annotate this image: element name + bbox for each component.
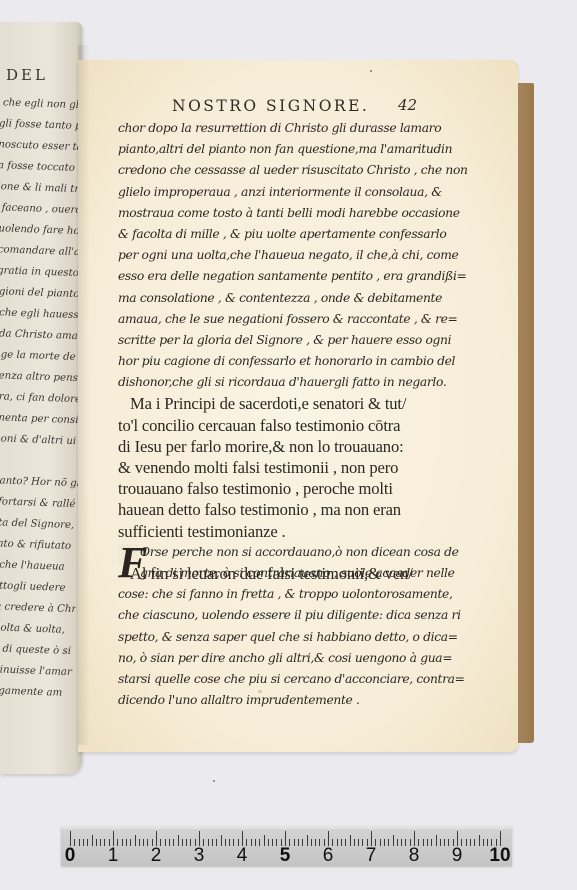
text-line: a comandare all'arme xyxy=(0,239,82,263)
ruler-tick xyxy=(362,839,363,846)
running-head: NOSTRO SIGNORE. xyxy=(172,97,369,115)
ruler-tick xyxy=(483,839,484,846)
ruler-tick xyxy=(307,835,308,846)
ruler-tick xyxy=(79,839,80,846)
ruler-tick xyxy=(87,839,88,846)
ruler-tick xyxy=(190,839,191,846)
ruler-tick xyxy=(143,839,144,846)
ruler-tick xyxy=(251,839,252,846)
text-line: confortarsi & rallé xyxy=(0,491,80,515)
commentary-paragraph-2: F Orse perche non si accordauano,ò non d… xyxy=(118,542,438,563)
ruler-tick xyxy=(401,839,402,846)
ruler-tick xyxy=(126,839,127,846)
text-line: mostraua come tosto à tanti belli modi h… xyxy=(118,203,438,224)
text-line: & fattogli uedere xyxy=(0,575,77,599)
gutter-shadow xyxy=(78,45,90,745)
text-line: ueua credere à Chri xyxy=(0,596,76,620)
ruler-label: 7 xyxy=(366,845,377,867)
scale-ruler: 012345678910 xyxy=(61,826,512,866)
text-line: a gratia in questo mo xyxy=(0,260,82,284)
ruler-tick xyxy=(500,831,501,846)
text-line: di Iesu per farlo morire,& non lo trouau… xyxy=(118,436,438,457)
text-line: hor piu cagione di confessarlo et honora… xyxy=(118,351,438,372)
ruler-tick xyxy=(487,839,488,846)
ruler-tick xyxy=(242,831,243,846)
drop-initial: F xyxy=(118,544,138,565)
ruler-tick xyxy=(104,839,105,846)
ruler-tick xyxy=(122,839,123,846)
ruler-tick xyxy=(354,839,355,846)
ruler-tick xyxy=(139,839,140,846)
ruler-tick xyxy=(457,831,458,846)
text-line: e senza altro pensie xyxy=(0,365,82,389)
ruler-tick xyxy=(147,839,148,846)
ruler-label: 1 xyxy=(108,845,119,867)
ruler-tick xyxy=(173,839,174,846)
ruler-tick xyxy=(380,839,381,846)
ruler-tick xyxy=(388,839,389,846)
ruler-tick xyxy=(423,839,424,846)
ruler-tick xyxy=(479,835,480,846)
ruler-tick xyxy=(440,839,441,846)
page-number: 42 xyxy=(398,96,417,114)
ruler-tick xyxy=(436,835,437,846)
ruler-tick xyxy=(470,839,471,846)
text-line: to'l concilio cercauan falso testimonio … xyxy=(118,415,438,436)
ruler-tick xyxy=(371,831,372,846)
text-line: o pianto? Hor nō gli xyxy=(0,470,81,494)
ruler-tick xyxy=(393,835,394,846)
text-line: ostra, ci fan dolore,& xyxy=(0,386,82,410)
text-line: no, ò sian per dire ancho gli altri,& co… xyxy=(118,648,438,669)
ruler-tick xyxy=(414,831,415,846)
ruler-label: 8 xyxy=(409,845,420,867)
text-line: & venendo molti falsi testimonii , non p… xyxy=(118,457,438,478)
text-line: Ma i Principi de sacerdoti,e senatori & … xyxy=(118,393,438,414)
ruler-tick xyxy=(444,839,445,846)
text-line: & boni & d'altri ui xyxy=(0,428,82,452)
text-line: risse di queste ò si xyxy=(0,638,75,662)
ruler-label: 4 xyxy=(237,845,248,867)
ruler-tick xyxy=(358,839,359,846)
ruler-tick xyxy=(212,839,213,846)
text-line: esso era delle negation santamente penti… xyxy=(118,266,438,287)
text-line: spetto, & senza saper quel che si habbia… xyxy=(118,627,438,648)
ruler-tick xyxy=(70,831,71,846)
text-line: sufficienti testimonianze . xyxy=(118,521,438,542)
ruler-tick xyxy=(298,839,299,846)
ruler-tick xyxy=(272,839,273,846)
text-line: starsi quelle cose che piu si cercano d'… xyxy=(118,669,438,690)
text-line: cose: che si fanno in fretta , & troppo … xyxy=(118,584,438,605)
text-line: hauean detto falso testimonio , ma non e… xyxy=(118,499,438,520)
ruler-tick xyxy=(100,839,101,846)
text-line: ma consolatione , & contentezza , onde &… xyxy=(118,288,438,309)
ruler-label: 0 xyxy=(65,845,76,867)
left-running-head: DEL xyxy=(6,66,48,84)
ruler-tick xyxy=(156,831,157,846)
text-line: gomenta per conside xyxy=(0,407,82,431)
ruler-tick xyxy=(92,835,93,846)
ruler-tick xyxy=(341,839,342,846)
ruler-tick xyxy=(216,839,217,846)
ruler-tick xyxy=(186,839,187,846)
text-line: iange la morte de figli xyxy=(0,344,82,368)
text-line: glielo improperaua , anzi interiormente … xyxy=(118,182,438,203)
text-line: o: che egli hauesse fat xyxy=(0,302,82,326)
ruler-tick xyxy=(397,839,398,846)
ruler-label: 2 xyxy=(151,845,162,867)
ruler-tick xyxy=(350,835,351,846)
ruler-tick xyxy=(405,839,406,846)
text-line: bonta del Signore, xyxy=(0,512,79,536)
ruler-tick xyxy=(208,839,209,846)
text-line: Orse perche non si accordauano,ò non dic… xyxy=(118,542,438,563)
ruler-tick xyxy=(427,839,428,846)
ruler-tick xyxy=(474,839,475,846)
ruler-tick xyxy=(302,839,303,846)
text-line: dicendo l'uno allaltro imprudentemente . xyxy=(118,690,438,711)
ruler-tick xyxy=(233,839,234,846)
ruler-tick xyxy=(255,839,256,846)
text-line: no . xyxy=(0,449,81,473)
ruler-tick xyxy=(431,839,432,846)
text-line: chor dopo la resurrettion di Christo gli… xyxy=(118,118,438,139)
paper-speck xyxy=(370,70,372,72)
text-line: gli minuisse l'amar xyxy=(0,659,74,683)
text-line: a à uolta & uolta, xyxy=(0,617,76,641)
ruler-tick xyxy=(276,839,277,846)
ruler-label: 5 xyxy=(280,845,291,867)
ruler-tick xyxy=(285,831,286,846)
text-line: che ciascuno, uolendo essere il piu dili… xyxy=(118,605,438,626)
text-line: credono che cessasse al ueder risuscitat… xyxy=(118,160,438,181)
text-line: & facolta di mille , & piu uolte apertam… xyxy=(118,224,438,245)
text-line: donato & rifiutato xyxy=(0,533,79,557)
ruler-tick xyxy=(294,839,295,846)
text-line: scritte per la gloria del Signore , & pe… xyxy=(118,330,438,351)
ruler-label: 6 xyxy=(323,845,334,867)
ruler-tick xyxy=(328,831,329,846)
ruler-label: 3 xyxy=(194,845,205,867)
ruler-tick xyxy=(165,839,166,846)
ruler-tick xyxy=(178,835,179,846)
text-line: ta da Christo amaro xyxy=(0,323,82,347)
text-line: per ogni una uolta,che l'haueua negato, … xyxy=(118,245,438,266)
scripture-paragraph-1: Ma i Principi de sacerdoti,e senatori & … xyxy=(118,393,438,541)
ruler-tick xyxy=(448,839,449,846)
text-line: o & che l'haueua xyxy=(0,554,78,578)
ruler-tick xyxy=(466,839,467,846)
ruler-tick xyxy=(229,839,230,846)
text-line: gna di morte, ò si contrariauano , suole… xyxy=(118,563,438,584)
ruler-tick xyxy=(221,835,222,846)
ruler-tick xyxy=(264,835,265,846)
foxing-spot xyxy=(258,690,262,693)
ruler-tick xyxy=(319,839,320,846)
ruler-label: 9 xyxy=(452,845,463,867)
ruler-tick xyxy=(345,839,346,846)
ruler-tick xyxy=(130,839,131,846)
ruler-tick xyxy=(182,839,183,846)
ruler-tick xyxy=(315,839,316,846)
text-line: pianto,altri del pianto non fan question… xyxy=(118,139,438,160)
ruler-label: 10 xyxy=(489,845,510,867)
ruler-tick xyxy=(259,839,260,846)
text-line: dishonor,che gli si ricordaua d'hauergli… xyxy=(118,372,438,393)
commentary-paragraph-1: chor dopo la resurrettion di Christo gli… xyxy=(118,118,438,393)
text-line: trouauano falso testimonio , peroche mol… xyxy=(118,478,438,499)
text-line: cagioni del pianto, & xyxy=(0,281,82,305)
ruler-tick xyxy=(199,831,200,846)
ruler-tick xyxy=(268,839,269,846)
ruler-tick xyxy=(384,839,385,846)
ruler-tick xyxy=(311,839,312,846)
ruler-tick xyxy=(225,839,226,846)
text-line: amaua, che le sue negationi fossero & ra… xyxy=(118,309,438,330)
ruler-tick xyxy=(96,839,97,846)
left-page-text: a che egli non gli haegli fosse tanto pa… xyxy=(0,92,82,704)
paper-speck xyxy=(213,780,215,782)
ruler-tick xyxy=(113,831,114,846)
text-line: e uolendo fare honore xyxy=(0,218,82,242)
ruler-tick xyxy=(83,839,84,846)
text-line: e longamente am xyxy=(0,680,73,704)
left-page: DEL a che egli non gli haegli fosse tant… xyxy=(0,22,82,774)
ruler-tick xyxy=(337,839,338,846)
ruler-tick xyxy=(169,839,170,846)
right-page-text: chor dopo la resurrettion di Christo gli… xyxy=(118,118,438,584)
ruler-tick xyxy=(135,835,136,846)
